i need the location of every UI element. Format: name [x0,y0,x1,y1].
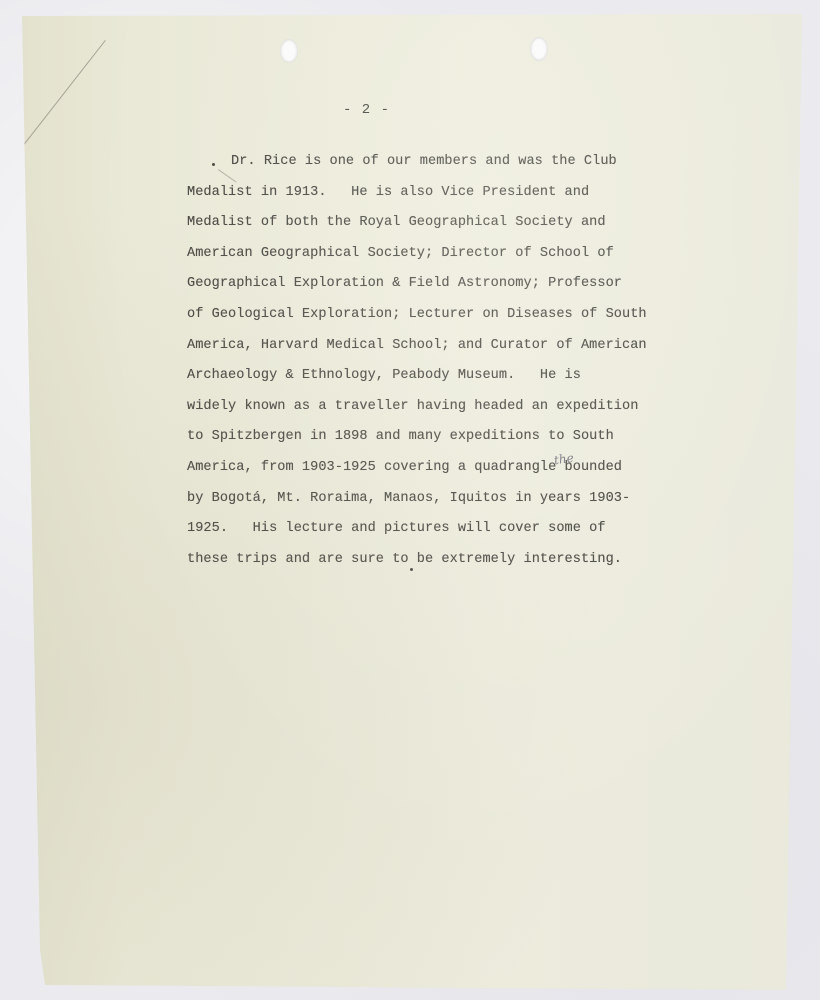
text-line: 1925. His lecture and pictures will cove… [187,514,647,545]
page-number: - 2 - [343,102,390,118]
text-line: Geographical Exploration & Field Astrono… [187,269,647,300]
text-line: America, from 1903-1925 covering a quadr… [187,453,647,484]
text-line: of Geological Exploration; Lecturer on D… [187,300,647,331]
ink-dot [410,568,413,571]
text-line: widely known as a traveller having heade… [187,392,647,423]
text-line: these trips and are sure to be extremely… [187,545,647,576]
punch-hole-icon [530,37,548,61]
text-line: Medalist of both the Royal Geographical … [187,208,647,239]
text-line: American Geographical Society; Director … [187,239,647,270]
handwritten-insertion: the [553,451,574,468]
text-line: to Spitzbergen in 1898 and many expediti… [187,422,647,453]
text-line: Archaeology & Ethnology, Peabody Museum.… [187,361,647,392]
ink-dot [212,163,215,166]
punch-hole-icon [280,39,298,63]
text-line: Medalist in 1913. He is also Vice Presid… [187,178,647,209]
pencil-mark [13,40,106,159]
text-line: America, Harvard Medical School; and Cur… [187,331,647,362]
text-line: Dr. Rice is one of our members and was t… [187,147,647,178]
typed-paragraph: Dr. Rice is one of our members and was t… [187,147,647,575]
pencil-mark [218,169,237,182]
text-line: by Bogotá, Mt. Roraima, Manaos, Iquitos … [187,484,647,515]
typed-page: - 2 - Dr. Rice is one of our members and… [0,0,820,1000]
